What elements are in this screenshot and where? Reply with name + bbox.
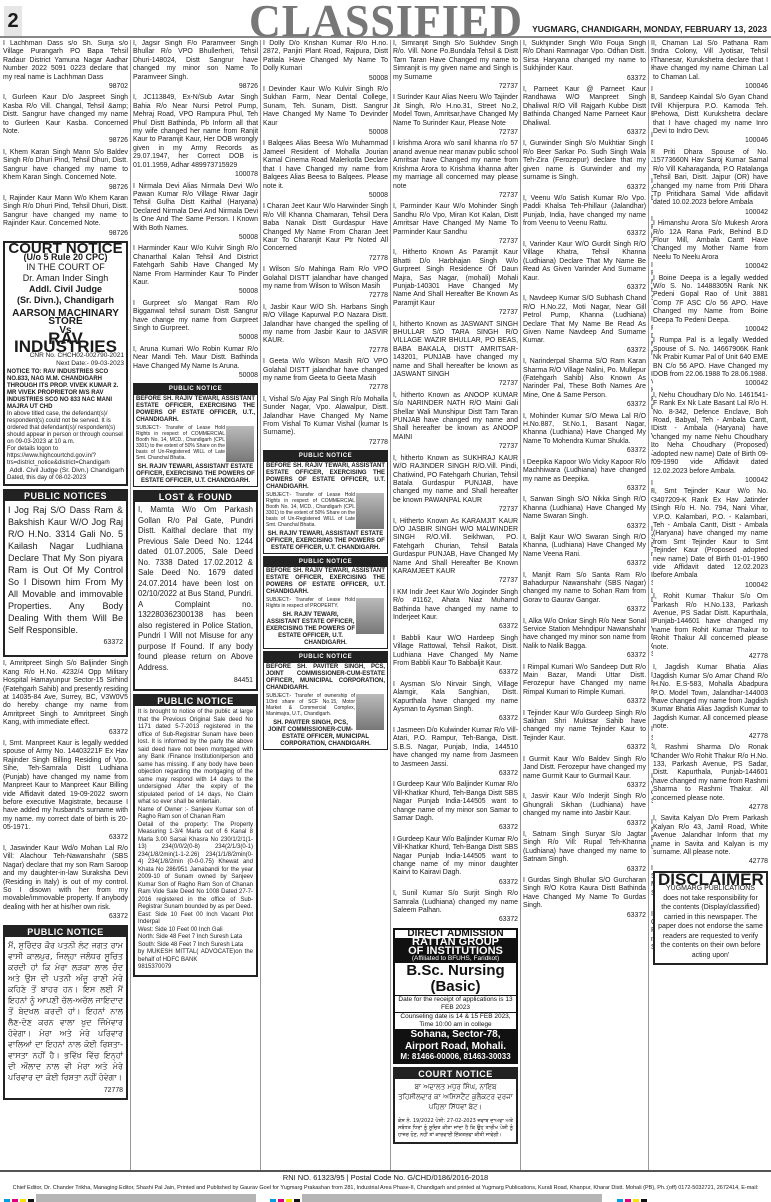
disclaimer-box: DISCLAIMER YUGMARG PUBLICATIONS does not… xyxy=(653,871,768,965)
classified-ad: I Charan Jeet Kaur W/o Harwinder Singh R… xyxy=(263,203,388,263)
estate-notice-subject: SUBJECT:- Transfer of ownership of 1/3rd… xyxy=(266,693,355,717)
notice-text: It is brought to notice of the public at… xyxy=(138,709,253,807)
ad-code: 42778 xyxy=(653,858,768,866)
classified-ad: I, Veenu W/o Satish Kumar R/o Vpo. Paddi… xyxy=(523,195,646,238)
ad-text: I, Satnam Singh Suryar S/o Jagtar Singh … xyxy=(523,831,646,865)
ad-text: I Wilson S/o Mahinga Ram R/o VPO Golahal… xyxy=(263,266,388,291)
classified-ad: I, hitherto Known as SUKHRAJ KAUR W/O RA… xyxy=(393,455,518,515)
column-6-right: I, Chaman Lal S/o Pathana Ram Indra Colo… xyxy=(653,40,768,1170)
ad-code: 63372 xyxy=(523,485,646,493)
column-divider xyxy=(260,40,261,1170)
classified-ad: I, Smt Tejinder Kaur W/o No. 3407209-K R… xyxy=(653,488,768,590)
ad-code: 63372 xyxy=(523,782,646,790)
ad-text: I Geeta W/o Wilson Masih R/O VPO Golahal… xyxy=(263,358,388,383)
classified-ad: I, Narinderpal Sharma S/O Ram Karan Shar… xyxy=(523,358,646,409)
classified-ad: I, Gurleen Kaur D/o Jaspreet Singh Kasba… xyxy=(3,94,128,145)
estate-notice-footer: SH. RAJIV TEWARI, ASSISTANT ESTATE OFFIC… xyxy=(264,530,387,553)
ad-text: I, Mohinder Kumar S/O Mewa Lal R/O H.No.… xyxy=(523,413,646,447)
ad-code: 42778 xyxy=(653,804,768,812)
classified-ad: I Himanshu Arora S/o Mukesh Arora R/o 12… xyxy=(653,220,768,271)
classified-ad: I, Vishal S/o Ajay Pal Singh R/o Mohalla… xyxy=(263,396,388,447)
ad-code: 72737 xyxy=(393,83,518,91)
ad-code: 98726 xyxy=(3,230,128,238)
ad-text: I Gurdas Singh Bhullar S/O Gurcharan Sin… xyxy=(523,877,646,911)
ad-text: I, Jagsir Singh F/o Paramveer Singh Bhul… xyxy=(133,40,258,82)
ad-text: I, Chaman Lal S/o Pathana Ram Indra Colo… xyxy=(653,40,768,82)
classified-ad: I, Sarwan Singh S/O Nikka Singh R/O Khan… xyxy=(523,496,646,531)
ad-text: I, Gurwinder Singh S/o Mukhtiar Singh R/… xyxy=(523,140,646,182)
ad-text: I, hitherto Known as JASWANT SINGH BHULL… xyxy=(393,321,518,380)
property-detail: Detail of the property: The Property Mea… xyxy=(138,822,253,912)
ad-text: I, Savita Kalyan D/o Prem Parkash Kalyan… xyxy=(653,815,768,857)
disclaimer-text: YUGMARG PUBLICATIONS does not take respo… xyxy=(658,884,763,960)
person-photo xyxy=(356,598,384,634)
court-body: In above titled case, the defendant(s)/ … xyxy=(7,411,124,446)
page-footer: RNI NO. 61323/95 | Postal Code No. G/CHD… xyxy=(0,1170,771,1192)
ad-code: 100046 xyxy=(653,83,768,91)
column-1: I Lachhman Dass s/o Sh. Surja s/o Villag… xyxy=(3,40,128,1170)
ad-text: I Balqees Alias Beesa W/o Muhammad Jamee… xyxy=(263,140,388,190)
ad-text: I Priti Dhara Spouse of No. 15773660N Ha… xyxy=(653,149,768,208)
classified-ad: I, Rajinder Kaur Mann W/o Khem Karan Sin… xyxy=(3,195,128,238)
classified-ad: I Babbli Kaur W/O Hardeep Singh Village … xyxy=(393,635,518,678)
classified-ad: I Gurdas Singh Bhullar S/O Gurcharan Sin… xyxy=(523,877,646,920)
ad-text: I, Sukhjinder Singh W/o Fouja Singh R/o … xyxy=(523,40,646,74)
ad-text: I Gurdeep Kaur W/o Baljinder Kumar R/o V… xyxy=(393,836,518,878)
ad-text: I, Sarwan Singh S/O Nikka Singh R/O Khan… xyxy=(523,496,646,521)
estate-notice-subject: SUBJECT:- Transfer of Lease Hold Rights … xyxy=(266,597,355,609)
ad-text: I Himanshu Arora S/o Mukesh Arora R/o 12… xyxy=(653,220,768,262)
address: Sohana, Sector-78, xyxy=(395,1029,516,1041)
counseling-date: Counseling date is 14 & 15 FEB 2023, Tim… xyxy=(395,1012,516,1029)
notice-to: NOTICE TO: RAV INDUSTRIES SCO NO.833, NA… xyxy=(7,369,124,411)
course-type: (Basic) xyxy=(395,979,516,995)
column-4: I, Simranjit Singh S/o Sukhdev Singh R/o… xyxy=(393,40,518,1170)
ad-text: I, Hitherto Known As Paramjit Kaur Bhatt… xyxy=(393,249,518,308)
ad-list: I, Simranjit Singh S/o Sukhdev Singh R/o… xyxy=(393,40,518,452)
ad-text: I, Navdeep Kumar S/O Subhash Chand R/O H… xyxy=(523,295,646,345)
classified-ad: I, Simranjit Singh S/o Sukhdev Singh R/o… xyxy=(393,40,518,91)
punjabi-notice-box: PUBLIC NOTICE ਮੈਂ, ਸੁਰਿੰਦਰ ਕੌਰ ਪਤਨੀ ਲੇਟ … xyxy=(3,925,128,1101)
lost-found-box: LOST & FOUND I, Mamta W/o Om Parkash Gol… xyxy=(133,490,258,691)
ad-text: I, Varinder Kaur W/O Gurdit Singh R/O Vi… xyxy=(523,241,646,283)
classified-ad: I, Chaman Lal S/o Pathana Ram Indra Colo… xyxy=(653,40,768,91)
ad-code: 72737 xyxy=(393,238,518,246)
ad-code: 63372 xyxy=(523,284,646,292)
rattan-admission-ad: DIRECT ADMISSION RATTAN GROUP OF INSTITU… xyxy=(393,928,518,1064)
ad-code: 72778 xyxy=(263,255,388,263)
person-photo xyxy=(356,694,384,730)
owner-name: Name of Owner :- Sanjeev Kumar son of Ra… xyxy=(138,807,253,822)
ad-list: I, Sukhjinder Singh W/o Fouja Singh R/o … xyxy=(523,40,646,920)
ad-code: 72737 xyxy=(393,192,518,200)
ad-code: 50008 xyxy=(133,372,258,380)
ad-code: 63372 xyxy=(523,866,646,874)
person-photo xyxy=(226,426,254,462)
public-notice-sale-deed: PUBLIC NOTICE It is brought to notice of… xyxy=(133,694,258,977)
ad-text: I, Rashmi Sharma D/o Ronak Chander W/o R… xyxy=(653,744,768,803)
ad-text: I, Rajinder Kaur Mann W/o Khem Karan Sin… xyxy=(3,195,128,229)
classified-ad: I Rimpal Kumari W/o Sandeep Dutt R/o Mai… xyxy=(523,664,646,707)
ad-text: I, hitherto Known as ANOOP KUMAR S/o NAR… xyxy=(393,392,518,442)
court-dated: Dated, this day of 08-02-2023 xyxy=(7,475,124,482)
ad-text: I Charan Jeet Kaur W/o Harwinder Singh R… xyxy=(263,203,388,253)
classified-ad: I Gurpreet s/o Mangat Ram R/o Bigganwal … xyxy=(133,300,258,343)
ad-code: 98726 xyxy=(3,137,128,145)
ad-code: 63372 xyxy=(393,879,518,887)
column-divider xyxy=(648,40,649,1170)
ad-text: I, Narinderpal Sharma S/O Ram Karan Shar… xyxy=(523,358,646,400)
ad-code: 63372 xyxy=(523,447,646,455)
classified-ad: I krishma Arora w/o sanil khanna r/o 57 … xyxy=(393,140,518,200)
ad-code: 63372 xyxy=(3,834,128,842)
course-name: B.Sc. Nursing xyxy=(395,963,516,979)
ad-code: 63372 xyxy=(523,560,646,568)
estate-notice-title: BEFORE SH. RAJIV TEWARI, ASSISTANT ESTAT… xyxy=(264,567,387,597)
public-notices-heading: PUBLIC NOTICES xyxy=(5,491,126,501)
ad-code: 63372 xyxy=(523,523,646,531)
bound-west: West: Side 10 Feet 00 Inch Gali xyxy=(138,927,253,935)
ad-code: 63372 xyxy=(393,770,518,778)
ad-code: 63372 xyxy=(523,652,646,660)
ad-code: 63372 xyxy=(523,912,646,920)
estate-notice-heading: PUBLIC NOTICE xyxy=(264,557,387,567)
ad-code: 63372 xyxy=(393,623,518,631)
classified-ad: I, Jagsir Singh F/o Paramveer Singh Bhul… xyxy=(133,40,258,91)
classified-ad: I, Nehu Choudhary D/o No. 1461541-F Rank… xyxy=(653,392,768,485)
mobile-numbers: M: 81466-00006, 81463-30033 xyxy=(395,1053,516,1061)
disclaimer-heading: DISCLAIMER xyxy=(658,876,763,884)
ad-code: 63372 xyxy=(523,820,646,828)
ad-text: I, Jaswinder Kaur Wd/o Mohan Lal R/o Vil… xyxy=(3,845,128,912)
ad-code: 63372 xyxy=(8,637,123,649)
ad-code: 50008 xyxy=(263,129,388,137)
classified-ad: I Aysman S/o Nirvair Singh, Village Alam… xyxy=(393,681,518,724)
classified-ad: I, Hitherto Known As KARAMJIT KAUR D/O J… xyxy=(393,518,518,586)
classified-ad: I Priti Dhara Spouse of No. 15773660N Ha… xyxy=(653,149,768,217)
ad-text: I, JC113849, Ex-N/Sub Avtar Singh Bahia … xyxy=(133,94,258,170)
ad-text: I, Vishal S/o Ajay Pal Singh R/o Mohalla… xyxy=(263,396,388,438)
ad-text: I Rumpa Pal is a legally Wedded Spouse o… xyxy=(653,337,768,379)
ad-text: I, Hitherto Known As KARAMJIT KAUR D/O J… xyxy=(393,518,518,577)
ad-text: I, Khem Karan Singh Mann S/o Baldev Sing… xyxy=(3,149,128,183)
court-link[interactable]: For details logon to https://www.highcou… xyxy=(7,446,124,467)
ad-list: I Dolly D/o Krishan Kumar R/o H.no. 2872… xyxy=(263,40,388,447)
classified-ad: I Boine Deepa is a legally wedded W/o S.… xyxy=(653,275,768,335)
ad-code: 63372 xyxy=(523,698,646,706)
classified-ad: I, Manjit Ram S/o Santa Ram R/o Bahadurp… xyxy=(523,572,646,615)
ad-text: I, Sandeep Kaindal S/o Gyan Chand Vill K… xyxy=(653,94,768,136)
ad-code: 63372 xyxy=(3,913,128,921)
ad-code: 72778 xyxy=(263,347,388,355)
ad-text: I Dolly D/o Krishan Kumar R/o H.no. 2872… xyxy=(263,40,388,74)
classified-ad: I, JC113849, Ex-N/Sub Avtar Singh Bahia … xyxy=(133,94,258,179)
classified-ad: I, Mohinder Kumar S/O Mewa Lal R/O H.No.… xyxy=(523,413,646,456)
ad-text: I, Amritpreet Singh S/o Baljinder Singh … xyxy=(3,660,128,727)
classified-ad: I Gurdeep Kaur W/o Baljinder Kumar R/o V… xyxy=(393,781,518,832)
ad-text: I Surinder Kaur Alias Neeru W/o Tajinder… xyxy=(393,94,518,128)
classified-ad: I, Aruna Kumari W/o Robin Kumar R/o Near… xyxy=(133,346,258,381)
ad-code: 100042 xyxy=(653,477,768,485)
ad-text: I Deepika Kapoor W/o Vicky Kapoor R/o Ma… xyxy=(523,459,646,484)
ad-code: 100078 xyxy=(133,171,258,179)
classified-ad: I KM Indir Jeet Kaur W/o Joginder Singh … xyxy=(393,589,518,632)
ad-text: I, Smt. Manpreet Kaur is legally wedded … xyxy=(3,740,128,832)
ad-code: 50008 xyxy=(263,192,388,200)
page-header: 2 CLASSIFIED YUGMARG, CHANDIGARH, MONDAY… xyxy=(0,0,771,38)
column-divider xyxy=(390,40,391,1170)
ad-code: 63372 xyxy=(523,401,646,409)
notice-text: I Jog Raj S/O Dass Ram & Bakshish Kaur W… xyxy=(8,504,123,636)
ad-code: 72737 xyxy=(393,380,518,388)
classified-ad: I Harminder Kaur W/o Kulvir Singh R/o Ch… xyxy=(133,245,258,296)
punjabi-notice-heading: PUBLIC NOTICE xyxy=(5,927,126,937)
punjabi-notice-text: ਮੈਂ, ਸੁਰਿੰਦਰ ਕੌਰ ਪਤਨੀ ਲੇਟ ਜਗਤ ਰਾਮ ਵਾਸੀ ਕ… xyxy=(5,937,126,1086)
ad-code: 63372 xyxy=(393,916,518,924)
classified-ad: I Surinder Kaur Alias Neeru W/o Tajinder… xyxy=(393,94,518,137)
classified-ad: I Nirmala Devi Alias Nirmala Devi W/o Pa… xyxy=(133,183,258,243)
ad-code: 72737 xyxy=(393,506,518,514)
ad-code: 63372 xyxy=(393,824,518,832)
ad-text: I Gurpreet s/o Mangat Ram R/o Bigganwal … xyxy=(133,300,258,334)
court-notice-lead: ਬਾ ਅਦਾਲਤ ਮਧੁਰ ਸਿੰਘ, ਨਾਇਬ ਤਹਿਸੀਲਦਾਰ ਕਾ ਅਸ… xyxy=(395,1079,516,1115)
bound-east: East: Side 10 Feet 00 Inch Vacant Plot I… xyxy=(138,912,253,927)
estate-notice-a: PUBLIC NOTICE BEFORE SH. RAJIV TEWARI, A… xyxy=(133,383,258,486)
ad-code: 50008 xyxy=(133,288,258,296)
classified-ad: I, Jaswinder Kaur Wd/o Mohan Lal R/o Vil… xyxy=(3,845,128,922)
public-notice-body: I Jog Raj S/O Dass Ram & Bakshish Kaur W… xyxy=(5,501,126,655)
rni-line: RNI NO. 61323/95 | Postal Code No. G/CHD… xyxy=(0,1172,771,1183)
ad-text: I Rimpal Kumari W/o Sandeep Dutt R/o Mai… xyxy=(523,664,646,698)
court-notice-box: COURT NOTICE (U/o 5 Rule 20 CPC) IN THE … xyxy=(3,241,128,486)
court-label: IN THE COURT OF xyxy=(7,262,124,273)
public-notices-box: PUBLIC NOTICES I Jog Raj S/O Dass Ram & … xyxy=(3,489,128,657)
ad-text: I Gurmit Kaur W/o Baldev Singh R/o Jand … xyxy=(523,756,646,781)
judge-name: Dr. Aman Inder Singh xyxy=(7,273,124,284)
classified-ad: I, Varinder Kaur W/O Gurdit Singh R/O Vi… xyxy=(523,241,646,292)
classified-ad: I, Baljit Kaur W/O Swaran Singh R/O Khan… xyxy=(523,534,646,569)
classified-ad: I Balqees Alias Beesa W/o Muhammad Jamee… xyxy=(263,140,388,200)
ad-text: I Devinder Kaur W/o Kulvir Singh R/o Suk… xyxy=(263,86,388,128)
ad-text: I, Nehu Choudhary D/o No. 1461541-F Rank… xyxy=(653,392,768,476)
estate-notice-title: BEFORE SH. RAJIV TEWARI, ASSISTANT ESTAT… xyxy=(134,395,257,425)
ad-code: 84451 xyxy=(135,677,256,685)
column-2: I, Jagsir Singh F/o Paramveer Singh Bhul… xyxy=(133,40,258,1170)
classified-ad: I Devinder Kaur W/o Kulvir Singh R/o Suk… xyxy=(263,86,388,137)
ad-code: 63372 xyxy=(523,75,646,83)
classified-ad: I, Sunil Kumar S/o Surjit Singh R/o Samr… xyxy=(393,890,518,925)
ad-text: I, Aruna Kumari W/o Robin Kumar R/o Near… xyxy=(133,346,258,371)
ad-code: 63372 xyxy=(523,129,646,137)
column-divider xyxy=(520,40,521,1170)
court-notice-punjabi-box: COURT NOTICE ਬਾ ਅਦਾਲਤ ਮਧੁਰ ਸਿੰਘ, ਨਾਇਬ ਤਹ… xyxy=(393,1067,518,1144)
classified-ad: I Lachhman Dass s/o Sh. Surja s/o Villag… xyxy=(3,40,128,91)
next-date: Next Date:- 09-03-2023 xyxy=(7,360,124,368)
advocate: by MUKESH MITTAL( ADVOCATE)on the behalf… xyxy=(138,949,253,964)
ad-list: I, Jagsir Singh F/o Paramveer Singh Bhul… xyxy=(133,40,258,380)
estate-notice-c: PUBLIC NOTICE BEFORE SH. RAJIV TEWARI, A… xyxy=(263,556,388,649)
ad-list: I, Amritpreet Singh S/o Baljinder Singh … xyxy=(3,660,128,921)
ad-code: 63372 xyxy=(523,606,646,614)
ad-code: 98726 xyxy=(133,83,258,91)
registration-marks xyxy=(0,1194,771,1202)
bound-south: South: Side 48 Feet 7 Inch Suresh Lata xyxy=(138,942,253,950)
ad-text: I, Rohit Kumar Thakur S/o Om Parkash R/o… xyxy=(653,593,768,652)
page-number: 2 xyxy=(4,6,22,36)
institution-name: OF INSTITUTIONS xyxy=(395,947,516,955)
classified-ad: I Deepika Kapoor W/o Vicky Kapoor R/o Ma… xyxy=(523,459,646,494)
ad-code: 50008 xyxy=(133,334,258,342)
classified-ad: I Geeta W/o Wilson Masih R/O VPO Golahal… xyxy=(263,358,388,393)
column-divider xyxy=(130,40,131,1170)
ad-code: 98702 xyxy=(3,83,128,91)
ad-code: 100042 xyxy=(653,263,768,271)
ad-code: 63372 xyxy=(3,729,128,737)
classified-ad: I, Amritpreet Singh S/o Baljinder Singh … xyxy=(3,660,128,737)
estate-notice-d: PUBLIC NOTICE BEFORE SH. PAVITER SINGH, … xyxy=(263,651,388,749)
ad-text: I KM Indir Jeet Kaur W/o Joginder Singh … xyxy=(393,589,518,623)
ad-text: I, Jasvir Kaur W/o Inderjit Singh R/o Gh… xyxy=(523,793,646,818)
classified-ad: I Wilson S/o Mahinga Ram R/o VPO Golahal… xyxy=(263,266,388,301)
classified-ad: I, Navdeep Kumar S/O Subhash Chand R/O H… xyxy=(523,295,646,355)
classified-ad: I Rumpa Pal is a legally Wedded Spouse o… xyxy=(653,337,768,388)
classified-ad: I, Khem Karan Singh Mann S/o Baldev Sing… xyxy=(3,149,128,192)
classified-ad: I, Satnam Singh Suryar S/o Jagtar Singh … xyxy=(523,831,646,874)
classified-ad: I Jasmeen D/o Kulwinder Kumar R/o Vill-A… xyxy=(393,727,518,778)
ad-text: I, Veenu W/o Satish Kumar R/o Vpo. Paddi… xyxy=(523,195,646,229)
grey-bar xyxy=(302,1194,602,1202)
dateline: YUGMARG, CHANDIGARH, MONDAY, FEBRUARY 13… xyxy=(532,24,767,34)
estate-notice-heading: PUBLIC NOTICE xyxy=(264,652,387,662)
ad-code: 63372 xyxy=(393,715,518,723)
classified-ad: I, Sandeep Kaindal S/o Gyan Chand Vill K… xyxy=(653,94,768,145)
ad-code: 72778 xyxy=(263,384,388,392)
ad-code: 100046 xyxy=(653,137,768,145)
ad-code: 98726 xyxy=(3,184,128,192)
ad-code: 72737 xyxy=(393,577,518,585)
classified-ad: I, Jasbir Kaur W/O Sh. Harbans Singh R/O… xyxy=(263,304,388,355)
ad-text: I, Parminder Kaur W/o Mohinder Singh San… xyxy=(393,203,518,237)
classified-ad: I, Sukhjinder Singh W/o Fouja Singh R/o … xyxy=(523,40,646,83)
ad-text: I, Sunil Kumar S/o Surjit Singh R/o Samr… xyxy=(393,890,518,915)
ad-text: I, Smt Tejinder Kaur W/o No. 3407209-K R… xyxy=(653,488,768,580)
ad-list: I Lachhman Dass s/o Sh. Surja s/o Villag… xyxy=(3,40,128,238)
classified-ad: I Gurmit Kaur W/o Baldev Singh R/o Jand … xyxy=(523,756,646,791)
estate-notice-subject: SUBJECT:- Transfer of Lease Hold Rights … xyxy=(266,492,355,528)
ad-code: 72737 xyxy=(393,443,518,451)
court-sign: Addl. Civil Judge (Sr. Divn.) Chandigarh xyxy=(7,467,124,475)
ad-code: 72737 xyxy=(393,129,518,137)
ad-text: I, hitherto Known as SUKHRAJ KAUR W/O RA… xyxy=(393,455,518,505)
ad-code: 72778 xyxy=(263,292,388,300)
grey-bar xyxy=(36,1194,256,1202)
ad-code: 100042 xyxy=(653,380,768,388)
ad-code: 72737 xyxy=(393,309,518,317)
classified-ad: I, Parneet Kaur @ Parneet Kaur Randhawa … xyxy=(523,86,646,137)
defendant: RAV INDUSTRIES xyxy=(7,335,124,352)
ad-code: 63372 xyxy=(523,184,646,192)
classified-ad: I Tejinder Kaur W/o Gurdeep Singh R/o Sa… xyxy=(523,710,646,753)
judge-designation: Addl. Civil Judge xyxy=(7,284,124,295)
classified-ad: I, Alka W/o Onkar Singh R/o Near Sonal S… xyxy=(523,618,646,661)
ad-text: I Jasmeen D/o Kulwinder Kumar R/o Vill-A… xyxy=(393,727,518,769)
ad-code: 100042 xyxy=(653,326,768,334)
person-photo xyxy=(356,493,384,529)
ad-text: I Lachhman Dass s/o Sh. Surja s/o Villag… xyxy=(3,40,128,82)
classified-ad: I Dolly D/o Krishan Kumar R/o H.no. 2872… xyxy=(263,40,388,83)
ad-text: I Tejinder Kaur W/o Gurdeep Singh R/o Sa… xyxy=(523,710,646,744)
ad-text: I, Baljit Kaur W/O Swaran Singh R/O Khan… xyxy=(523,534,646,559)
ad-list: I, hitherto Known as SUKHRAJ KAUR W/O RA… xyxy=(393,455,518,925)
court-notice-heading: COURT NOTICE xyxy=(395,1069,516,1079)
ad-text: I Boine Deepa is a legally wedded W/o S.… xyxy=(653,275,768,325)
column-5: I, Sukhjinder Singh W/o Fouja Singh R/o … xyxy=(523,40,646,1170)
estate-notice-heading: PUBLIC NOTICE xyxy=(264,451,387,461)
classified-ad: I, hitherto Known as JASWANT SINGH BHULL… xyxy=(393,321,518,389)
ad-code: 42778 xyxy=(653,733,768,741)
classified-ad: I, Rashmi Sharma D/o Ronak Chander W/o R… xyxy=(653,744,768,812)
ad-text: I, Manjit Ram S/o Santa Ram R/o Bahadurp… xyxy=(523,572,646,606)
classified-ad: I, Rohit Kumar Thakur S/o Om Parkash R/o… xyxy=(653,593,768,661)
lost-found-text: I, Mamta W/o Om Parkash Gollan R/o Pal G… xyxy=(135,502,256,676)
ad-code: 50008 xyxy=(133,234,258,242)
court-notice-body: ਕੇਸ ਨੰ. 19/2022 ਪੇਸ਼ੀ: 27-02-2023 ਜਵਾਬ ਦ… xyxy=(395,1115,516,1142)
lost-found-heading: LOST & FOUND xyxy=(135,492,256,502)
ad-code: 42778 xyxy=(653,653,768,661)
estate-notice-heading: PUBLIC NOTICE xyxy=(134,384,257,394)
ad-text: I krishma Arora w/o sanil khanna r/o 57 … xyxy=(393,140,518,190)
classified-ad: I Gurdeep Kaur W/o Baljinder Kumar R/o V… xyxy=(393,836,518,887)
phone-number: 9815370079 xyxy=(138,964,253,972)
ad-code: 72778 xyxy=(5,1087,126,1095)
ad-text: I Nirmala Devi Alias Nirmala Devi W/o Pa… xyxy=(133,183,258,233)
classified-ad: I, Hitherto Known As Paramjit Kaur Bhatt… xyxy=(393,249,518,317)
public-notice-heading: PUBLIC NOTICE xyxy=(135,696,256,706)
ad-text: I Harminder Kaur W/o Kulvir Singh R/o Ch… xyxy=(133,245,258,287)
column-3: I Dolly D/o Krishan Kumar R/o H.no. 2872… xyxy=(263,40,388,1170)
ad-text: I, Simranjit Singh S/o Sukhdev Singh R/o… xyxy=(393,40,518,82)
ad-text: I Aysman S/o Nirvair Singh, Village Alam… xyxy=(393,681,518,715)
estate-notice-title: BEFORE SH. PAVITER SINGH, PCS, JOINT COM… xyxy=(264,663,387,693)
classified-ad: I, Savita Kalyan D/o Prem Parkash Kalyan… xyxy=(653,815,768,866)
court-rule: (U/o 5 Rule 20 CPC) xyxy=(7,253,124,261)
ad-code: 100042 xyxy=(653,582,768,590)
bound-north: North: Side 48 Feet 7 Inch Suresh Lata xyxy=(138,934,253,942)
ad-text: I Babbli Kaur W/O Hardeep Singh Village … xyxy=(393,635,518,669)
estate-notice-b: PUBLIC NOTICE BEFORE SH. RAJIV TEWARI, A… xyxy=(263,450,388,553)
ad-text: I, Parneet Kaur @ Parneet Kaur Randhawa … xyxy=(523,86,646,128)
estate-notice-subject: SUBJECT:- Transfer of Lease Hold Rights … xyxy=(136,425,225,461)
ad-code: 72778 xyxy=(263,439,388,447)
classified-ad: I, Smt. Manpreet Kaur is legally wedded … xyxy=(3,740,128,842)
ad-code: 63372 xyxy=(523,230,646,238)
ad-code: 63372 xyxy=(523,347,646,355)
classified-ad: I, Parminder Kaur W/o Mohinder Singh San… xyxy=(393,203,518,246)
classified-ad: I, Gurwinder Singh S/o Mukhtiar Singh R/… xyxy=(523,140,646,191)
court-division: (Sr. Divn.), Chandigarh xyxy=(7,295,124,306)
ad-code: 63372 xyxy=(523,744,646,752)
ad-text: I, Jasbir Kaur W/O Sh. Harbans Singh R/O… xyxy=(263,304,388,346)
classified-ad: I, Jasvir Kaur W/o Inderjit Singh R/o Gh… xyxy=(523,793,646,828)
ad-text: I, Alka W/o Onkar Singh R/o Near Sonal S… xyxy=(523,618,646,652)
ad-text: I, Jagdish Kumar Bhatia Alias Jagdish Ku… xyxy=(653,664,768,731)
ad-code: 100042 xyxy=(653,209,768,217)
receipt-date: Date for the receipt of applications is … xyxy=(395,995,516,1012)
ad-text: I Gurdeep Kaur W/o Baljinder Kumar R/o V… xyxy=(393,781,518,823)
estate-notice-title: BEFORE SH. RAJIV TEWARI, ASSISTANT ESTAT… xyxy=(264,462,387,492)
classified-ad: I, hitherto Known as ANOOP KUMAR S/o NAR… xyxy=(393,392,518,452)
ad-code: 63372 xyxy=(393,669,518,677)
